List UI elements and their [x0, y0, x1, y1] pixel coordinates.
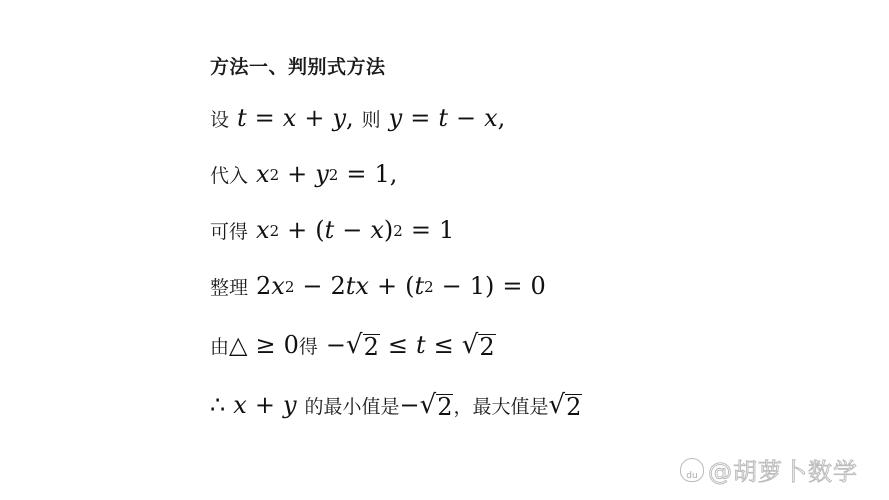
label-set: 设 [210, 105, 229, 132]
label-min: 的最小值是 [305, 392, 400, 419]
line-obtain: 可得 x2+(t−x)2=1 [210, 216, 454, 244]
label-obtain: 可得 [210, 217, 248, 244]
label-substitute: 代入 [210, 161, 248, 188]
line-substitute: 代入 x2+y2=1, [210, 160, 397, 188]
watermark-text: @胡萝卜数学 [708, 452, 858, 487]
line-simplify: 整理 2x2−2tx+(t2−1)=0 [210, 272, 546, 300]
label-then: 则 [362, 105, 381, 132]
line-conclusion: ∴ x+y 的最小值是 −√2 ， 最大值是 √2 [210, 390, 582, 420]
watermark: du @胡萝卜数学 [680, 452, 858, 487]
line-discriminant: 由△≥0得 −√2≤t≤√2 [210, 330, 496, 360]
line-set-t: 设 t=x+y, 则 y=t−x, [210, 104, 505, 132]
label-simplify: 整理 [210, 273, 248, 300]
baidu-paw-icon: du [680, 458, 704, 482]
label-max: 最大值是 [473, 392, 549, 419]
therefore-symbol: ∴ [210, 391, 225, 419]
method-title: 方法一、判别式方法 [210, 52, 386, 79]
